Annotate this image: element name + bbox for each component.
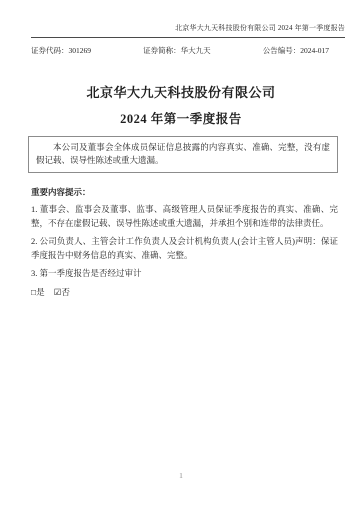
stock-code-label: 证券代码： [31,46,69,55]
report-title: 2024 年第一季度报告 [24,109,338,127]
stock-code: 证券代码：301269 [31,45,91,56]
stock-abbr: 证券简称：华大九天 [143,45,211,56]
announcement-number: 公告编号：2024-017 [263,45,329,56]
announcement-value: 2024-017 [300,46,329,55]
note-item-1: 1. 董事会、监事会及董事、监事、高级管理人员保证季度报告的真实、准确、完整，不… [31,203,338,230]
stock-abbr-value: 华大九天 [181,46,211,55]
stock-abbr-label: 证券简称： [143,46,181,55]
declaration-box: 本公司及董事会全体成员保证信息披露的内容真实、准确、完整，没有虚假记载、误导性陈… [28,136,338,173]
note-item-2: 2. 公司负责人、主管会计工作负责人及会计机构负责人(会计主管人员)声明：保证季… [31,235,338,262]
note-item-3: 3. 第一季度报告是否经过审计 [31,267,338,281]
running-header: 北京华大九天科技股份有限公司 2024 年第一季度报告 [31,23,345,33]
company-title: 北京华大九天科技股份有限公司 [24,82,338,101]
important-notes-heading: 重要内容提示： [31,186,338,198]
audit-checkbox-row: □是 ☑否 [31,286,338,299]
header-rule [31,37,345,38]
securities-meta-row: 证券代码：301269 证券简称：华大九天 公告编号：2024-017 [31,45,329,56]
audit-yes-checkbox: □是 [31,286,45,299]
announcement-label: 公告编号： [263,46,301,55]
report-page: 北京华大九天科技股份有限公司 2024 年第一季度报告 证券代码：301269 … [0,0,362,512]
page-number: 1 [0,471,362,480]
audit-no-checkbox: ☑否 [54,286,70,299]
stock-code-value: 301269 [69,46,92,55]
